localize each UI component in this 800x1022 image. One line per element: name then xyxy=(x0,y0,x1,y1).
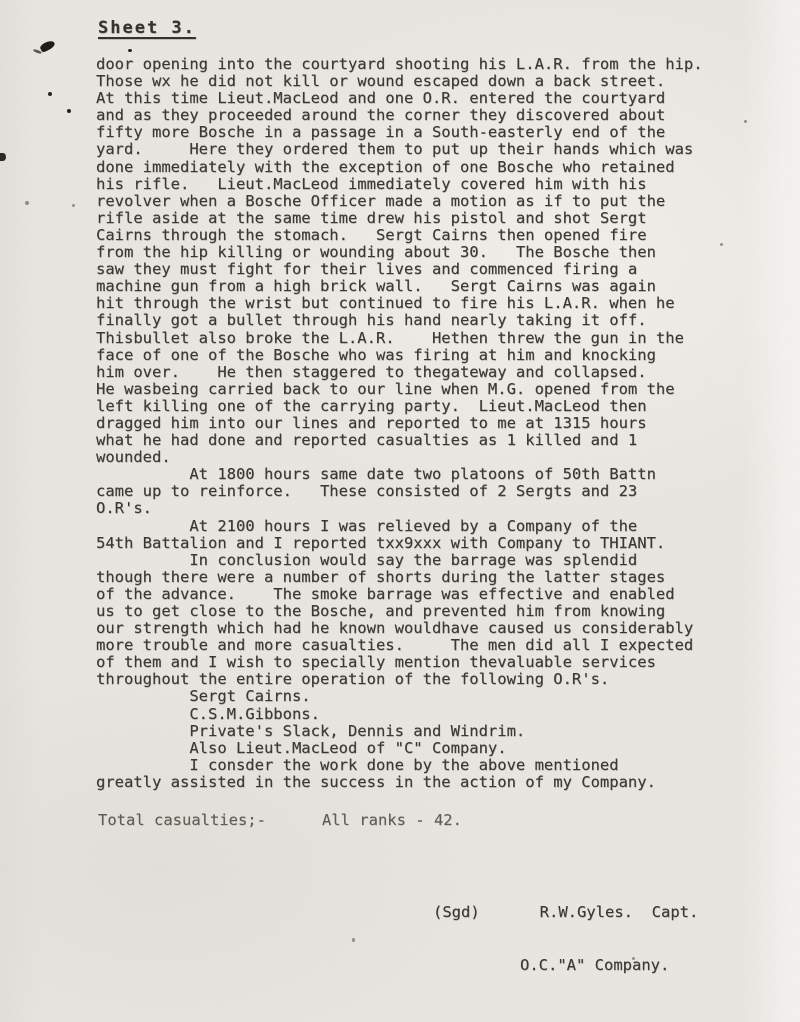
sheet-title: Sheet 3. xyxy=(98,18,196,38)
document-page: Sheet 3. door opening into the courtyard… xyxy=(0,0,800,1022)
ink-speck xyxy=(67,109,71,113)
signed-abbreviation: (Sgd) xyxy=(433,904,480,922)
ink-speck xyxy=(39,39,56,53)
ink-speck xyxy=(25,201,29,205)
ink-speck xyxy=(72,204,75,207)
total-casualties-line: Total casualties;- All ranks - 42. xyxy=(98,811,462,829)
ink-speck xyxy=(33,49,42,55)
ink-speck xyxy=(744,120,747,123)
signature-block: (Sgd) R.W.Gyles. Capt. O.C."A" Company. xyxy=(433,869,698,1009)
signer-unit: O.C."A" Company. xyxy=(520,957,698,975)
ink-speck xyxy=(0,153,6,161)
ink-speck xyxy=(720,243,723,246)
ink-speck xyxy=(352,938,355,942)
ink-speck xyxy=(48,92,52,96)
ink-speck xyxy=(128,49,132,52)
document-body-text: door opening into the courtyard shooting… xyxy=(96,56,703,791)
signer-name-rank: R.W.Gyles. Capt. xyxy=(540,904,699,922)
